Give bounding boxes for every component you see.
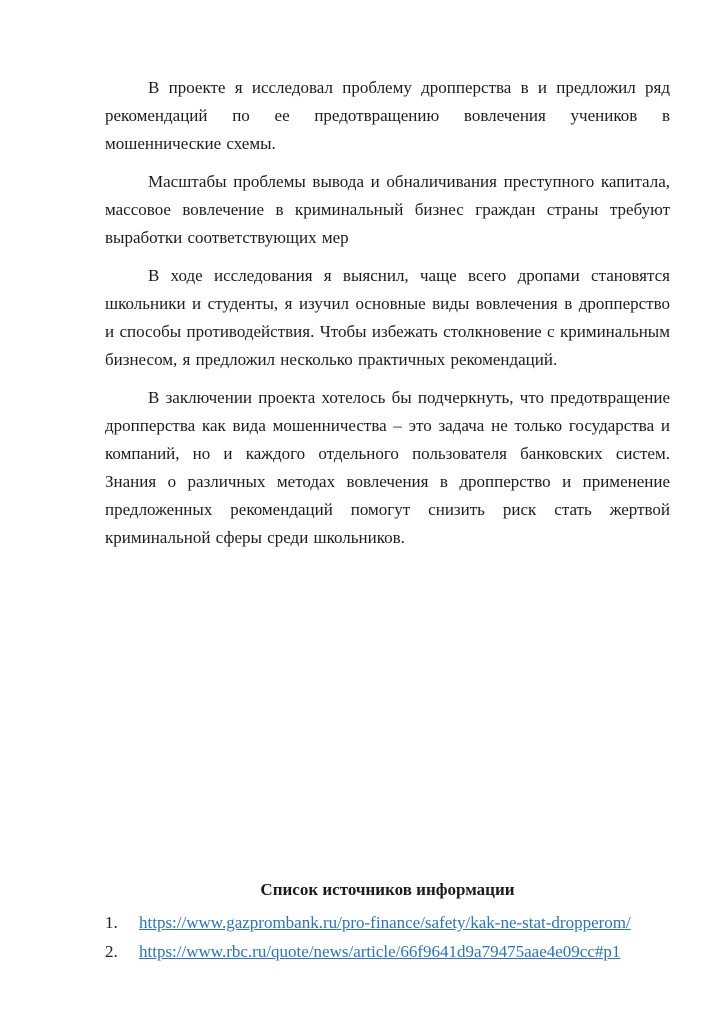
source-number-1: 1. (105, 908, 139, 937)
paragraph-conclusion-intro: В проекте я исследовал проблему дропперс… (105, 74, 670, 158)
source-item-1: 1. https://www.gazprombank.ru/pro-financ… (105, 908, 670, 937)
source-item-2: 2. https://www.rbc.ru/quote/news/article… (105, 937, 670, 966)
paragraph-research-findings: В ходе исследования я выяснил, чаще всег… (105, 262, 670, 374)
source-link-gazprombank[interactable]: https://www.gazprombank.ru/pro-finance/s… (139, 908, 631, 937)
paragraph-final-conclusion: В заключении проекта хотелось бы подчерк… (105, 384, 670, 552)
sources-heading: Список источников информации (105, 876, 670, 904)
source-link-rbc[interactable]: https://www.rbc.ru/quote/news/article/66… (139, 937, 620, 966)
paragraph-problem-scale: Масштабы проблемы вывода и обналичивания… (105, 168, 670, 252)
source-number-2: 2. (105, 937, 139, 966)
empty-space (105, 562, 670, 876)
document-page: В проекте я исследовал проблему дропперс… (0, 0, 724, 1024)
